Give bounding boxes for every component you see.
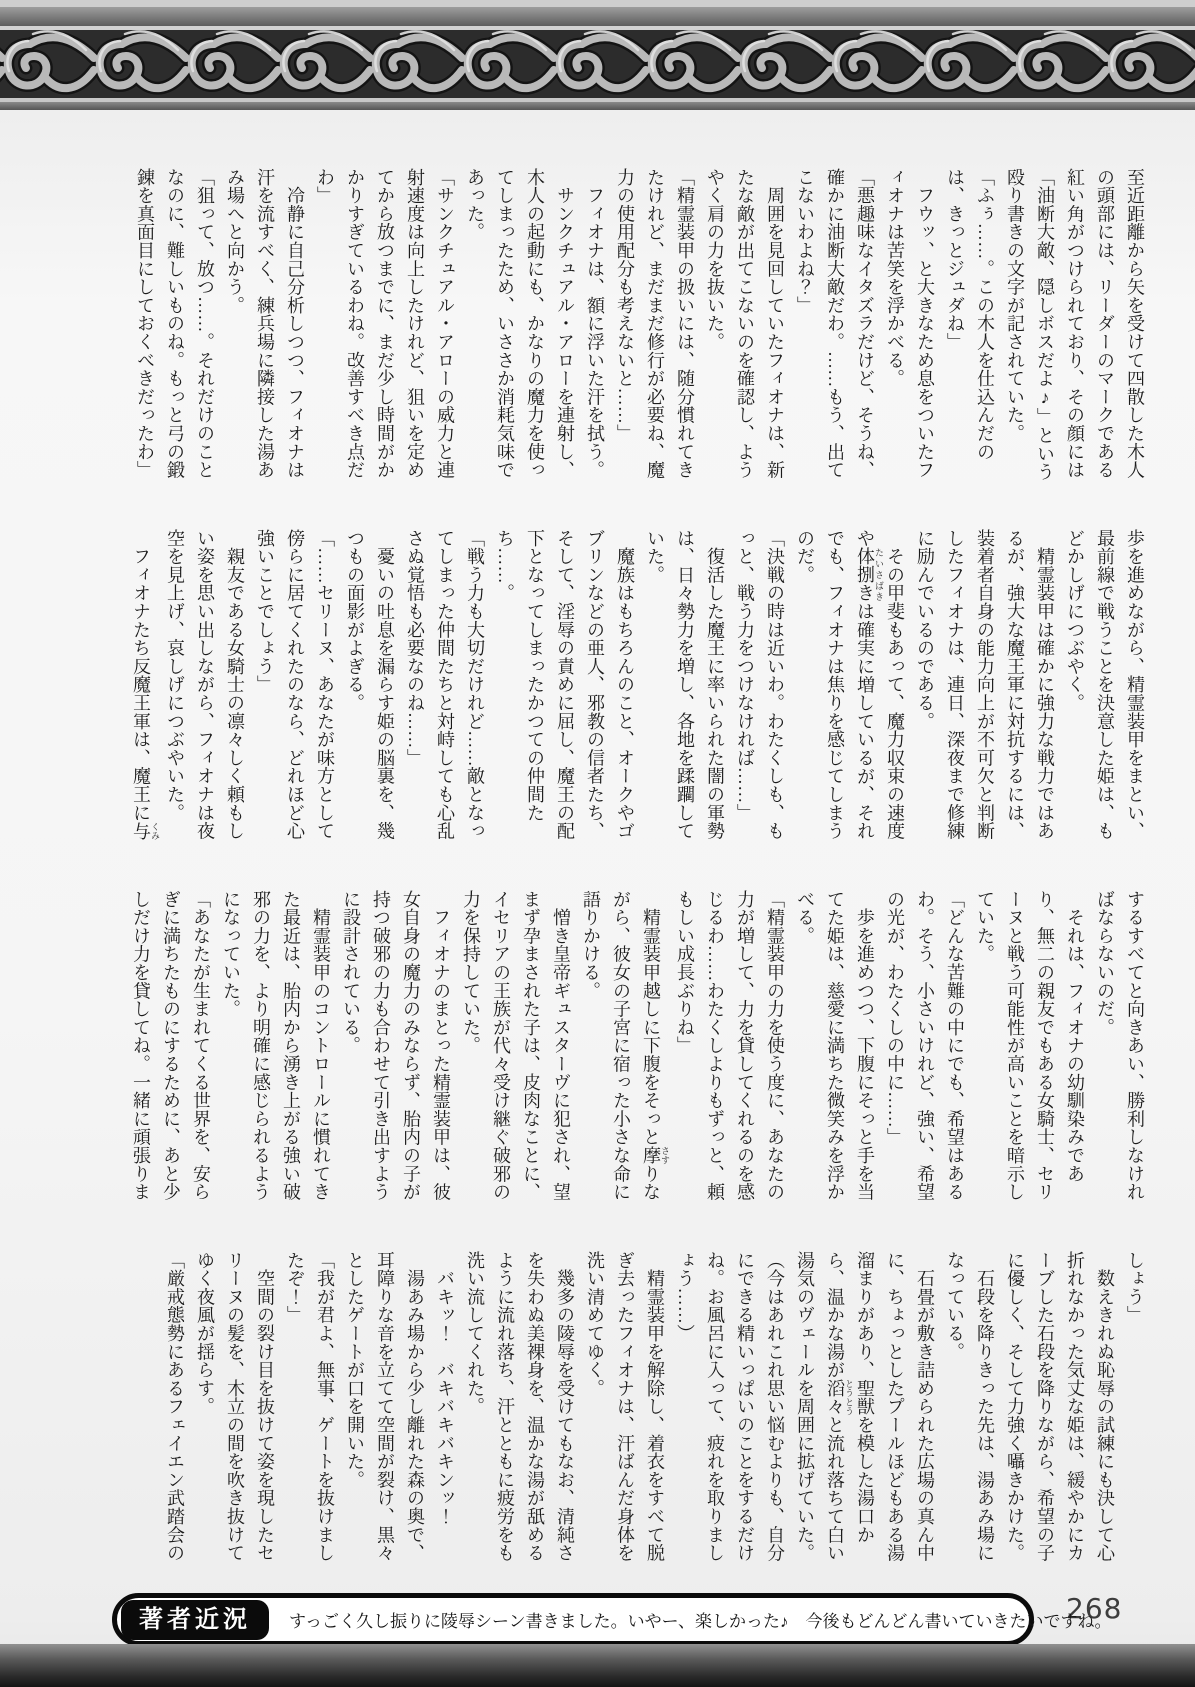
paragraph: 「決戦の時は近いわ。わたくしも、もっと、戦う力をつけなければ……」 (730, 529, 790, 843)
novel-text-area: 至近距離から矢を受けて四散した木人の頭部には、リーダーのマークである紅い角がつけ… (120, 168, 1150, 1612)
paragraph: 「サンクチュアル・アローの威力と連射速度は向上したけれど、狙いを定めてから放つま… (310, 168, 460, 482)
paragraph: 「悪趣味なイタズラだけど、そうね、確かに油断大敵だわ。……もう、出てこないわよね… (790, 168, 880, 482)
paragraph: 「ふぅ……。この木人を仕込んだのは、きっとジュダね」 (940, 168, 1000, 482)
paragraph: 湯あみ場から少し離れた森の奥で、耳障りな音を立てて空間が裂け、黒々としたゲートが… (340, 1251, 430, 1565)
author-note-bar: 著者近況 すっごく久し振りに陵辱シーン書きました。いやー、楽しかった♪ 今後もど… (112, 1593, 1034, 1646)
paragraph: 冷静に自己分析しつつ、フィオナは汗を流すべく、練兵場に隣接した湯あみ場へと向かう… (220, 168, 310, 482)
book-page: 至近距離から矢を受けて四散した木人の頭部には、リーダーのマークである紅い角がつけ… (0, 0, 1195, 1687)
novel-band-2: 歩を進めながら、精霊装甲をまとい、最前線で戦うことを決意した姫は、もどかしげにつ… (120, 529, 1150, 843)
paragraph: 空間の裂け目を抜けて姿を現したセリーヌの髪を、木立の間を吹き抜けてゆく夜風が揺ら… (190, 1251, 280, 1565)
paragraph: しょう」 (1120, 1251, 1150, 1565)
paragraph: 石段を降りきった先は、湯あみ場になっている。 (940, 1251, 1000, 1565)
author-status-label: 著者近況 (121, 1600, 269, 1640)
paragraph: 周囲を見回していたフィオナは、新たな敵が出てこないのを確認し、ようやく肩の力を抜… (700, 168, 790, 482)
paragraph: （今はあれこれ思い悩むよりも、自分にできる精いっぱいのことをするだけね。お風呂に… (670, 1251, 790, 1565)
paragraph: 憎き皇帝ギュスターヴに犯され、望まず孕まされた子は、皮肉なことに、イセリアの王族… (456, 890, 576, 1204)
ornamental-top-border (0, 0, 1195, 110)
paragraph: 「精霊装甲の力を使う度に、あなたの力が増して、力を貸してくれるのを感じるわ……わ… (670, 890, 790, 1204)
paragraph: 幾多の陵辱を受けてもなお、清純さを失わぬ美裸身を、温かな湯が舐めるように流れ落ち… (460, 1251, 580, 1565)
paragraph: 精霊装甲は確かに強力な戦力ではあるが、強大な魔王軍に対抗するには、装着者自身の能… (910, 529, 1060, 843)
paragraph: するすべてと向きあい、勝利しなければならないのだ。 (1090, 890, 1150, 1204)
paragraph: フィオナたち反魔王軍は、魔王に与くみ (126, 529, 160, 843)
paragraph: バキッ！ バキバキバキンッ！ (430, 1251, 460, 1565)
novel-band-1: 至近距離から矢を受けて四散した木人の頭部には、リーダーのマークである紅い角がつけ… (120, 168, 1150, 482)
paragraph: 「あなたが生まれてくる世界を、安らぎに満ちたものにするために、あと少しだけ力を貸… (126, 890, 216, 1204)
paragraph: 「精霊装甲の扱いには、随分慣れてきたけれど、まだまだ修行が必要ね、魔力の使用配分… (610, 168, 700, 482)
bottom-border (0, 1644, 1195, 1687)
paragraph: サンクチュアル・アローを連射し、木人の起動にも、かなりの魔力を使ってしまったため… (460, 168, 580, 482)
paragraph: 歩を進めつつ、下腹にそっと手を当てた姫は、慈愛に満ちた微笑みを浮かべる。 (790, 890, 880, 1204)
paragraph: その甲斐もあって、魔力収束の速度や体捌きたいさばきは確実に増しているが、それでも… (790, 529, 910, 843)
paragraph: 魔族はもちろんのこと、オークやゴブリンなどの亜人、邪教の信者たち、そして、淫辱の… (490, 529, 640, 843)
paragraph: 復活した魔王に率いられた闇の軍勢は、日々勢力を増し、各地を蹂躙していた。 (640, 529, 730, 843)
paragraph: 精霊装甲を解除し、着衣をすべて脱ぎ去ったフィオナは、汗ばんだ身体を洗い清めてゆく… (580, 1251, 670, 1565)
paragraph: 「厳戒態勢にあるフェイエン武踏会の (160, 1251, 190, 1565)
paragraph: 至近距離から矢を受けて四散した木人の頭部には、リーダーのマークである紅い角がつけ… (1000, 168, 1150, 482)
paragraph: 歩を進めながら、精霊装甲をまとい、最前線で戦うことを決意した姫は、もどかしげにつ… (1060, 529, 1150, 843)
paragraph: フウッ、と大きなため息をついたフィオナは苦笑を浮かべる。 (880, 168, 940, 482)
paragraph: 数えきれぬ恥辱の試練にも決して心折れなかった気丈な姫は、緩やかにカーブした石段を… (1000, 1251, 1120, 1565)
paragraph: 親友である女騎士の凛々しく頼もしい姿を思い出しながら、フィオナは夜空を見上げ、哀… (160, 529, 250, 843)
paragraph: 「……セリーヌ、あなたが味方として傍らに居てくれたのなら、どれほど心強いことでし… (250, 529, 340, 843)
paragraph: フィオナのまとった精霊装甲は、彼女自身の魔力のみならず、胎内の子が持つ破邪の力も… (336, 890, 456, 1204)
paragraph: 「戦う力も大切だけれど……敵となってしまった仲間たちと対峙しても心乱さぬ覚悟も必… (400, 529, 490, 843)
paragraph: 「我が君よ、無事、ゲートを抜けましたぞ！」 (280, 1251, 340, 1565)
paragraph: 石畳が敷き詰められた広場の真ん中に、ちょっとしたプールほどもある湯溜まりがあり、… (790, 1251, 940, 1565)
paragraph: 精霊装甲越しに下腹をそっと摩さすりながら、彼女の子宮に宿った小さな命に語りかける… (576, 890, 670, 1204)
paragraph: 憂いの吐息を漏らす姫の脳裏を、幾つもの面影がよぎる。 (340, 529, 400, 843)
novel-band-4: しょう」 数えきれぬ恥辱の試練にも決して心折れなかった気丈な姫は、緩やかにカーブ… (120, 1251, 1150, 1565)
paragraph: 「どんな苦難の中にでも、希望はあるわ。そう、小さいけれど、強い、希望の光が、わた… (880, 890, 970, 1204)
paragraph: それは、フィオナの幼馴染みであり、無二の親友でもある女騎士、セリーヌと戦う可能性… (970, 890, 1090, 1204)
paragraph: 「狙って、放つ……。それだけのことなのに、難しいものね。もっと弓の鍛錬を真面目に… (130, 168, 220, 482)
celtic-knot-pattern (0, 0, 1195, 110)
paragraph: フィオナは、額に浮いた汗を拭う。 (580, 168, 610, 482)
novel-band-3: するすべてと向きあい、勝利しなければならないのだ。 それは、フィオナの幼馴染みで… (120, 890, 1150, 1204)
author-status-text: すっごく久し振りに陵辱シーン書きました。いやー、楽しかった♪ 今後もどんどん書い… (289, 1607, 1111, 1632)
paragraph: 精霊装甲のコントロールに慣れてきた最近は、胎内から湧き上がる強い破邪の力を、より… (216, 890, 336, 1204)
